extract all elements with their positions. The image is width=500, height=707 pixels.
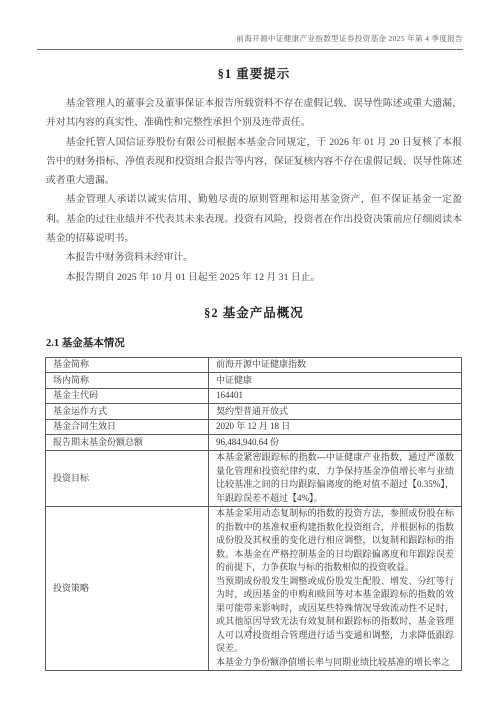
notice-paragraph: 基金管理人承诺以诚实信用、勤勉尽责的原则管理和运用基金资产，但不保证基金一定盈利… xyxy=(46,190,462,248)
page-number: 2 xyxy=(0,624,500,634)
row-label: 投资策略 xyxy=(46,506,209,670)
row-label: 基金运作方式 xyxy=(46,404,209,420)
row-label: 基金简称 xyxy=(46,357,209,373)
table-row: 场内简称 中证健康 xyxy=(46,373,462,389)
subsection-2-1-title: 2.1 基金基本情况 xyxy=(46,335,462,350)
investment-strategy-paragraph: 本基金采用动态复制标的指数的投资方法，参照成份股在标的指数中的基准权重构建指数化… xyxy=(216,507,454,575)
table-row: 基金简称 前海开源中证健康指数 xyxy=(46,357,462,373)
row-value: 中证健康 xyxy=(209,373,462,389)
section-1-title: §1 重要提示 xyxy=(46,64,462,82)
row-label: 报告期末基金份额总额 xyxy=(46,435,209,451)
page-content: §1 重要提示 基金管理人的董事会及董事保证本报告所载资料不存在虚假记载、误导性… xyxy=(46,56,462,671)
table-row: 投资策略 本基金采用动态复制标的指数的投资方法，参照成份股在标的指数中的基准权重… xyxy=(46,506,462,670)
row-value: 前海开源中证健康指数 xyxy=(209,357,462,373)
row-value: 96,484,940.64 份 xyxy=(209,435,462,451)
row-label: 场内简称 xyxy=(46,373,209,389)
row-label: 基金合同生效日 xyxy=(46,419,209,435)
table-row: 基金运作方式 契约型普通开放式 xyxy=(46,404,462,420)
row-value: 本基金采用动态复制标的指数的投资方法，参照成份股在标的指数中的基准权重构建指数化… xyxy=(209,506,462,670)
investment-strategy-paragraph: 当预期成份股发生调整或成份股发生配股、增发、分红等行为时，或因基金的申购和赎回等… xyxy=(216,575,454,656)
investment-objective-text: 本基金紧密跟踪标的指数---中证健康产业指数，通过严谨数量化管理和投资纪律约束，… xyxy=(216,451,454,505)
notice-paragraph: 本报告中财务资料未经审计。 xyxy=(46,248,462,267)
table-row: 报告期末基金份额总额 96,484,940.64 份 xyxy=(46,435,462,451)
row-value: 契约型普通开放式 xyxy=(209,404,462,420)
report-page: 前海开源中证健康产业指数型证券投资基金 2025 年第 4 季度报告 §1 重要… xyxy=(0,0,500,707)
investment-strategy-paragraph: 本基金力争份额净值增长率与同期业绩比较基准的增长率之 xyxy=(216,656,454,670)
row-value: 本基金紧密跟踪标的指数---中证健康产业指数，通过严谨数量化管理和投资纪律约束，… xyxy=(209,450,462,506)
report-header-title: 前海开源中证健康产业指数型证券投资基金 2025 年第 4 季度报告 xyxy=(37,33,463,50)
row-label: 基金主代码 xyxy=(46,388,209,404)
notice-paragraph: 基金托管人国信证券股份有限公司根据本基金合同规定，于 2026 年 01 月 2… xyxy=(46,133,462,191)
notice-paragraph: 基金管理人的董事会及董事保证本报告所载资料不存在虚假记载、误导性陈述或重大遗漏，… xyxy=(46,94,462,133)
table-row: 投资目标 本基金紧密跟踪标的指数---中证健康产业指数，通过严谨数量化管理和投资… xyxy=(46,450,462,506)
row-value: 2020 年 12 月 18 日 xyxy=(209,419,462,435)
notice-paragraph: 本报告期自 2025 年 10 月 01 日起至 2025 年 12 月 31 … xyxy=(46,268,462,287)
table-row: 基金合同生效日 2020 年 12 月 18 日 xyxy=(46,419,462,435)
row-label: 投资目标 xyxy=(46,450,209,506)
section-2-title: §2 基金产品概况 xyxy=(46,303,462,321)
table-row: 基金主代码 164401 xyxy=(46,388,462,404)
row-value: 164401 xyxy=(209,388,462,404)
